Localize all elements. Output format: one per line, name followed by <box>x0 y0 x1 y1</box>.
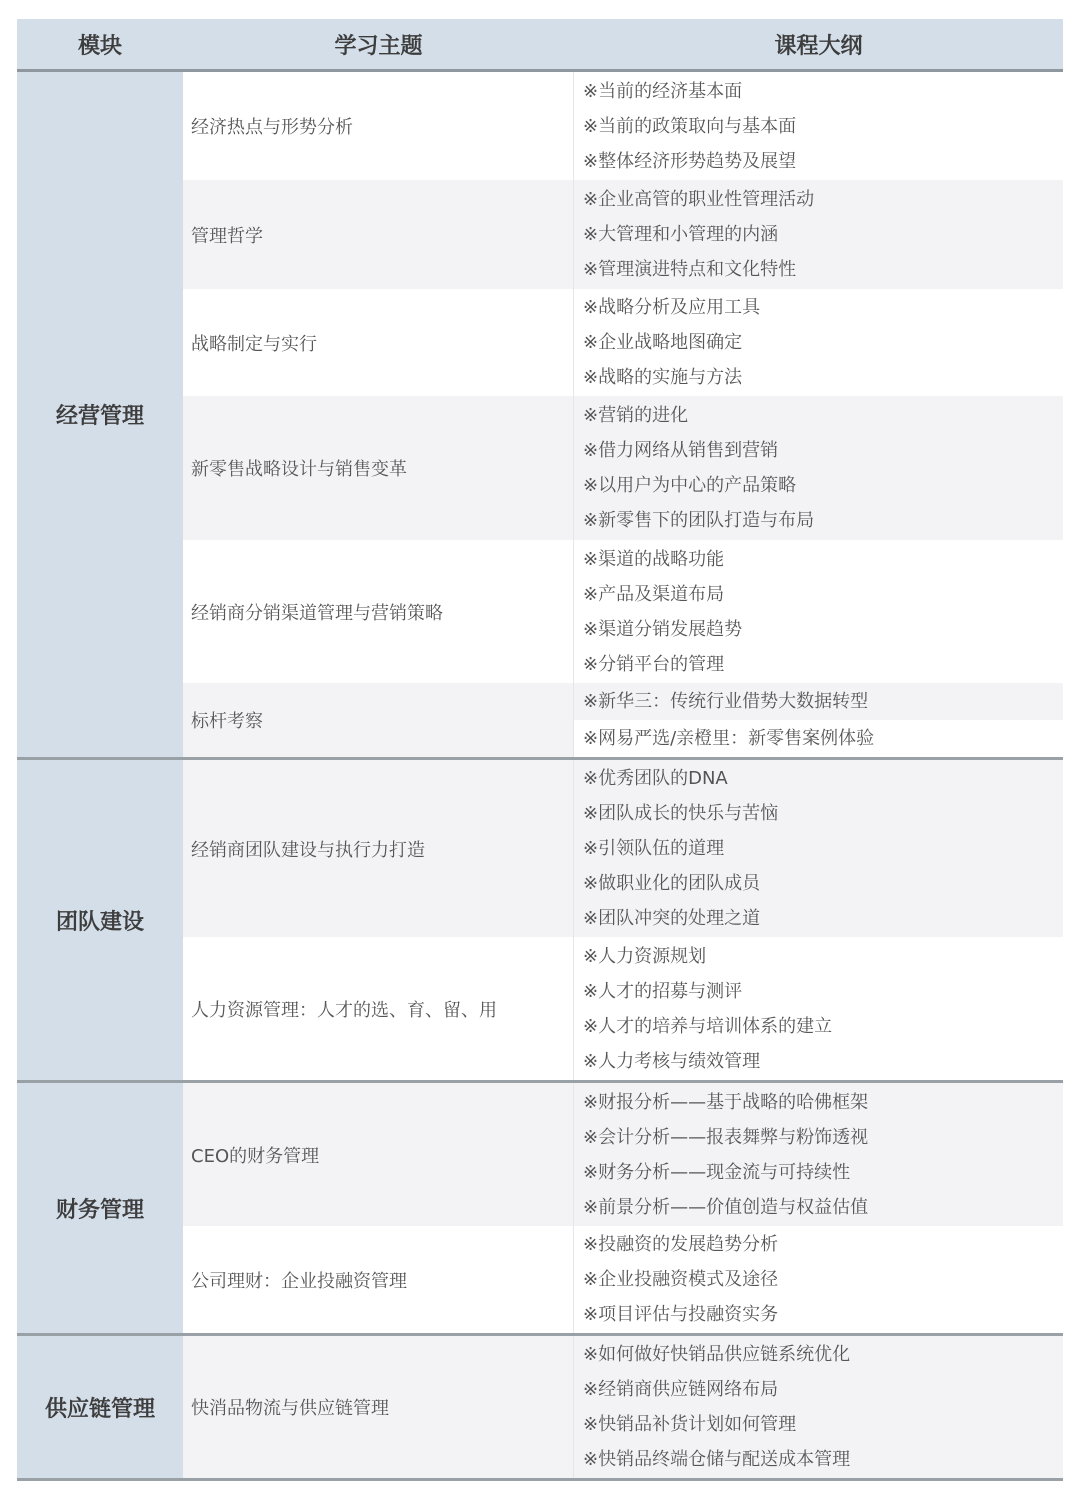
outline-item: ※以用户为中心的产品策略 <box>574 468 1063 503</box>
module-label: 财务管理 <box>17 1083 183 1333</box>
topic-cell: 标杆考察 <box>183 683 574 757</box>
outline-item: ※战略分析及应用工具 <box>574 290 1063 325</box>
outline-item: ※会计分析——报表舞弊与粉饰透视 <box>574 1120 1063 1155</box>
module-label: 供应链管理 <box>17 1336 183 1478</box>
outline-item: ※企业高管的职业性管理活动 <box>574 182 1063 217</box>
module-label: 团队建设 <box>17 760 183 1080</box>
outline-cell: ※新华三：传统行业借势大数据转型 ※网易严选/亲橙里：新零售案例体验 <box>574 683 1063 757</box>
outline-item: ※营销的进化 <box>574 398 1063 433</box>
outline-cell: ※财报分析——基于战略的哈佛框架 ※会计分析——报表舞弊与粉饰透视 ※财务分析—… <box>574 1083 1063 1226</box>
table-row: 战略制定与实行 ※战略分析及应用工具 ※企业战略地图确定 ※战略的实施与方法 <box>183 289 1063 396</box>
table-row: 新零售战略设计与销售变革 ※营销的进化 ※借力网络从销售到营销 ※以用户为中心的… <box>183 396 1063 540</box>
outline-item: ※企业战略地图确定 <box>574 325 1063 360</box>
outline-item: ※当前的政策取向与基本面 <box>574 109 1063 144</box>
topic-cell: CEO的财务管理 <box>183 1083 574 1226</box>
module-group: 团队建设 经销商团队建设与执行力打造 ※优秀团队的DNA ※团队成长的快乐与苦恼… <box>17 760 1063 1083</box>
outline-item: ※做职业化的团队成员 <box>574 866 1063 901</box>
outline-item: ※当前的经济基本面 <box>574 74 1063 109</box>
table-header: 模块 学习主题 课程大纲 <box>17 19 1063 72</box>
table-row: 经销商分销渠道管理与营销策略 ※渠道的战略功能 ※产品及渠道布局 ※渠道分销发展… <box>183 540 1063 683</box>
outline-item: ※产品及渠道布局 <box>574 577 1063 612</box>
table-row: 标杆考察 ※新华三：传统行业借势大数据转型 ※网易严选/亲橙里：新零售案例体验 <box>183 683 1063 757</box>
outline-cell: ※营销的进化 ※借力网络从销售到营销 ※以用户为中心的产品策略 ※新零售下的团队… <box>574 396 1063 540</box>
outline-item: ※前景分析——价值创造与权益估值 <box>574 1190 1063 1225</box>
header-outline: 课程大纲 <box>574 19 1063 69</box>
topic-cell: 公司理财：企业投融资管理 <box>183 1226 574 1333</box>
outline-item: ※企业投融资模式及途径 <box>574 1262 1063 1297</box>
topic-cell: 管理哲学 <box>183 180 574 289</box>
outline-cell: ※如何做好快销品供应链系统优化 ※经销商供应链网络布局 ※快销品补货计划如何管理… <box>574 1336 1063 1478</box>
header-module: 模块 <box>17 19 183 69</box>
outline-item: ※新零售下的团队打造与布局 <box>574 503 1063 538</box>
outline-item: ※整体经济形势趋势及展望 <box>574 144 1063 179</box>
table-row: 人力资源管理：人才的选、育、留、用 ※人力资源规划 ※人才的招募与测评 ※人才的… <box>183 937 1063 1080</box>
outline-item: ※优秀团队的DNA <box>574 761 1063 796</box>
outline-item: ※借力网络从销售到营销 <box>574 433 1063 468</box>
outline-item: ※渠道的战略功能 <box>574 542 1063 577</box>
outline-cell: ※战略分析及应用工具 ※企业战略地图确定 ※战略的实施与方法 <box>574 289 1063 396</box>
table-row: 经济热点与形势分析 ※当前的经济基本面 ※当前的政策取向与基本面 ※整体经济形势… <box>183 72 1063 180</box>
outline-item: ※网易严选/亲橙里：新零售案例体验 <box>574 720 1063 757</box>
topic-cell: 快消品物流与供应链管理 <box>183 1336 574 1478</box>
outline-item: ※引领队伍的道理 <box>574 831 1063 866</box>
course-table: 模块 学习主题 课程大纲 经营管理 经济热点与形势分析 ※当前的经济基本面 ※当… <box>17 19 1063 1481</box>
topic-cell: 新零售战略设计与销售变革 <box>183 396 574 540</box>
module-group: 经营管理 经济热点与形势分析 ※当前的经济基本面 ※当前的政策取向与基本面 ※整… <box>17 72 1063 760</box>
outline-item: ※快销品终端仓储与配送成本管理 <box>574 1442 1063 1477</box>
topic-cell: 经销商分销渠道管理与营销策略 <box>183 540 574 683</box>
outline-cell: ※渠道的战略功能 ※产品及渠道布局 ※渠道分销发展趋势 ※分销平台的管理 <box>574 540 1063 683</box>
outline-item: ※团队冲突的处理之道 <box>574 901 1063 936</box>
outline-item: ※大管理和小管理的内涵 <box>574 217 1063 252</box>
module-label: 经营管理 <box>17 72 183 757</box>
table-row: 经销商团队建设与执行力打造 ※优秀团队的DNA ※团队成长的快乐与苦恼 ※引领队… <box>183 760 1063 937</box>
topic-cell: 人力资源管理：人才的选、育、留、用 <box>183 937 574 1080</box>
module-group: 财务管理 CEO的财务管理 ※财报分析——基于战略的哈佛框架 ※会计分析——报表… <box>17 1083 1063 1336</box>
header-topic: 学习主题 <box>183 19 574 69</box>
outline-item: ※人力资源规划 <box>574 939 1063 974</box>
table-row: CEO的财务管理 ※财报分析——基于战略的哈佛框架 ※会计分析——报表舞弊与粉饰… <box>183 1083 1063 1226</box>
outline-item: ※人力考核与绩效管理 <box>574 1044 1063 1079</box>
outline-item: ※如何做好快销品供应链系统优化 <box>574 1337 1063 1372</box>
outline-item: ※新华三：传统行业借势大数据转型 <box>574 683 1063 720</box>
outline-cell: ※当前的经济基本面 ※当前的政策取向与基本面 ※整体经济形势趋势及展望 <box>574 72 1063 180</box>
topic-cell: 经济热点与形势分析 <box>183 72 574 180</box>
table-row: 公司理财：企业投融资管理 ※投融资的发展趋势分析 ※企业投融资模式及途径 ※项目… <box>183 1226 1063 1333</box>
table-row: 管理哲学 ※企业高管的职业性管理活动 ※大管理和小管理的内涵 ※管理演进特点和文… <box>183 180 1063 289</box>
outline-cell: ※人力资源规划 ※人才的招募与测评 ※人才的培养与培训体系的建立 ※人力考核与绩… <box>574 937 1063 1080</box>
outline-item: ※管理演进特点和文化特性 <box>574 252 1063 287</box>
outline-item: ※团队成长的快乐与苦恼 <box>574 796 1063 831</box>
outline-item: ※投融资的发展趋势分析 <box>574 1227 1063 1262</box>
outline-item: ※渠道分销发展趋势 <box>574 612 1063 647</box>
outline-item: ※人才的培养与培训体系的建立 <box>574 1009 1063 1044</box>
outline-cell: ※投融资的发展趋势分析 ※企业投融资模式及途径 ※项目评估与投融资实务 <box>574 1226 1063 1333</box>
module-group: 供应链管理 快消品物流与供应链管理 ※如何做好快销品供应链系统优化 ※经销商供应… <box>17 1336 1063 1481</box>
outline-cell: ※企业高管的职业性管理活动 ※大管理和小管理的内涵 ※管理演进特点和文化特性 <box>574 180 1063 289</box>
outline-item: ※财务分析——现金流与可持续性 <box>574 1155 1063 1190</box>
outline-item: ※经销商供应链网络布局 <box>574 1372 1063 1407</box>
outline-item: ※项目评估与投融资实务 <box>574 1297 1063 1332</box>
outline-item: ※人才的招募与测评 <box>574 974 1063 1009</box>
outline-item: ※快销品补货计划如何管理 <box>574 1407 1063 1442</box>
outline-item: ※战略的实施与方法 <box>574 360 1063 395</box>
topic-cell: 经销商团队建设与执行力打造 <box>183 760 574 937</box>
table-row: 快消品物流与供应链管理 ※如何做好快销品供应链系统优化 ※经销商供应链网络布局 … <box>183 1336 1063 1478</box>
outline-item: ※分销平台的管理 <box>574 647 1063 682</box>
topic-cell: 战略制定与实行 <box>183 289 574 396</box>
outline-cell: ※优秀团队的DNA ※团队成长的快乐与苦恼 ※引领队伍的道理 ※做职业化的团队成… <box>574 760 1063 937</box>
outline-item: ※财报分析——基于战略的哈佛框架 <box>574 1085 1063 1120</box>
